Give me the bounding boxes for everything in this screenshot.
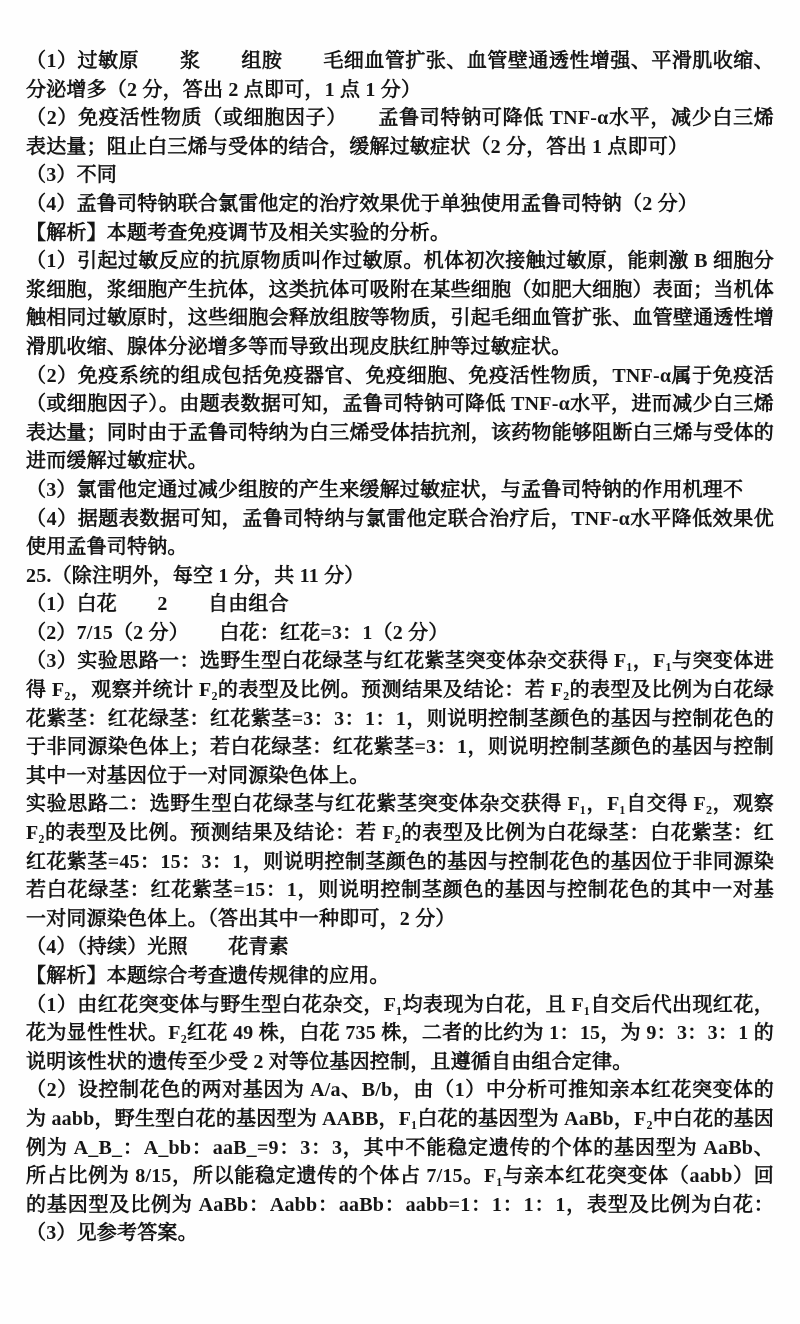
text-line: 表达量；阻止白三烯与受体的结合，缓解过敏症状（2 分，答出 1 点即可） (26, 133, 774, 162)
text-line: （3）实验思路一：选野生型白花绿茎与红花紫茎突变体杂交获得 F₁，F₁与突变体进… (26, 647, 774, 676)
text-line: 【解析】本题综合考查遗传规律的应用。 (26, 962, 774, 991)
text-line: 25.（除注明外，每空 1 分，共 11 分） (26, 562, 774, 591)
text-line: 分泌增多（2 分，答出 2 点即可，1 点 1 分） (26, 76, 774, 105)
text-line: （4）孟鲁司特钠联合氯雷他定的治疗效果优于单独使用孟鲁司特钠（2 分） (26, 190, 774, 219)
text-line: 浆细胞，浆细胞产生抗体，这类抗体可吸附在某些细胞（如肥大细胞）表面；当机体再次接 (26, 276, 774, 305)
text-line: （3）见参考答案。 (26, 1219, 774, 1248)
text-line: 说明该性状的遗传至少受 2 对等位基因控制，且遵循自由组合定律。 (26, 1048, 774, 1077)
text-line: 【解析】本题考查免疫调节及相关实验的分析。 (26, 219, 774, 248)
text-line: （1）由红花突变体与野生型白花杂交，F₁均表现为白花，且 F₁自交后代出现红花，… (26, 991, 774, 1020)
text-line: 为 aabb，野生型白花的基因型为 AABB，F₁白花的基因型为 AaBb，F₂… (26, 1105, 774, 1134)
text-line: （或细胞因子）。由题表数据可知，孟鲁司特钠可降低 TNF-α水平，进而减少白三烯… (26, 390, 774, 419)
text-line: 实验思路二：选野生型白花绿茎与红花紫茎突变体杂交获得 F₁，F₁自交得 F₂，观… (26, 790, 774, 819)
text-line: （2）7/15（2 分） 白花：红花=3：1（2 分） (26, 619, 774, 648)
text-line: 花紫茎：红花绿茎：红花紫茎=3：3：1：1，则说明控制茎颜色的基因与控制花色的基… (26, 705, 774, 734)
text-line: （3）不同 (26, 161, 774, 190)
text-line: 花为显性性状。F₂红花 49 株，白花 735 株，二者的比约为 1：15，为 … (26, 1019, 774, 1048)
text-line: 所占比例为 8/15，所以能稳定遗传的个体占 7/15。F₁与亲本红花突变体（a… (26, 1162, 774, 1191)
text-line: （1）引起过敏反应的抗原物质叫作过敏原。机体初次接触过敏原，能刺激 B 细胞分化… (26, 247, 774, 276)
text-line: 例为 A_B_：A_bb：aaB_=9：3：3，其中不能稳定遗传的个体的基因型为… (26, 1134, 774, 1163)
document-page: （1）过敏原 浆 组胺 毛细血管扩张、血管壁通透性增强、平滑肌收缩、腺体分泌增多… (0, 0, 800, 1324)
text-line: （4）（持续）光照 花青素 (26, 933, 774, 962)
text-line: 进而缓解过敏症状。 (26, 447, 774, 476)
answer-text-block: （1）过敏原 浆 组胺 毛细血管扩张、血管壁通透性增强、平滑肌收缩、腺体分泌增多… (0, 0, 800, 1248)
text-line: （3）氯雷他定通过减少组胺的产生来缓解过敏症状，与孟鲁司特钠的作用机理不同。 (26, 476, 774, 505)
text-line: 于非同源染色体上；若白花绿茎：红花紫茎=3：1，则说明控制茎颜色的基因与控制花色… (26, 733, 774, 762)
text-line: 触相同过敏原时，这些细胞会释放组胺等物质，引起毛细血管扩张、血管壁通透性增强、平 (26, 304, 774, 333)
text-line: （1）白花 2 自由组合 (26, 590, 774, 619)
text-line: 其中一对基因位于一对同源染色体上。 (26, 762, 774, 791)
text-line: 一对同源染色体上。（答出其中一种即可，2 分） (26, 905, 774, 934)
text-line: F₂的表型及比例。预测结果及结论：若 F₂的表型及比例为白花绿茎：白花紫茎：红花… (26, 819, 774, 848)
text-line: （2）设控制花色的两对基因为 A/a、B/b，由（1）中分析可推知亲本红花突变体… (26, 1076, 774, 1105)
text-line: 若白花绿茎：红花紫茎=15：1，则说明控制茎颜色的基因与控制花色的其中一对基因位… (26, 876, 774, 905)
text-line: 表达量；同时由于孟鲁司特纳为白三烯受体拮抗剂，该药物能够阻断白三烯与受体的结合， (26, 419, 774, 448)
text-line: （2）免疫活性物质（或细胞因子） 孟鲁司特钠可降低 TNF-α水平，减少白三烯受… (26, 104, 774, 133)
text-line: （2）免疫系统的组成包括免疫器官、免疫细胞、免疫活性物质，TNF-α属于免疫活性… (26, 362, 774, 391)
text-line: 得 F₂，观察并统计 F₂的表型及比例。预测结果及结论：若 F₂的表型及比例为白… (26, 676, 774, 705)
text-line: 红花紫茎=45：15：3：1，则说明控制茎颜色的基因与控制花色的基因位于非同源染… (26, 848, 774, 877)
text-line: 的基因型及比例为 AaBb：Aabb：aaBb：aabb=1：1：1：1，表型及… (26, 1191, 774, 1220)
text-line: （4）据题表数据可知，孟鲁司特纳与氯雷他定联合治疗后，TNF-α水平降低效果优于… (26, 505, 774, 534)
text-line: 使用孟鲁司特钠。 (26, 533, 774, 562)
text-line: （1）过敏原 浆 组胺 毛细血管扩张、血管壁通透性增强、平滑肌收缩、腺体 (26, 47, 774, 76)
text-line: 滑肌收缩、腺体分泌增多等而导致出现皮肤红肿等过敏症状。 (26, 333, 774, 362)
